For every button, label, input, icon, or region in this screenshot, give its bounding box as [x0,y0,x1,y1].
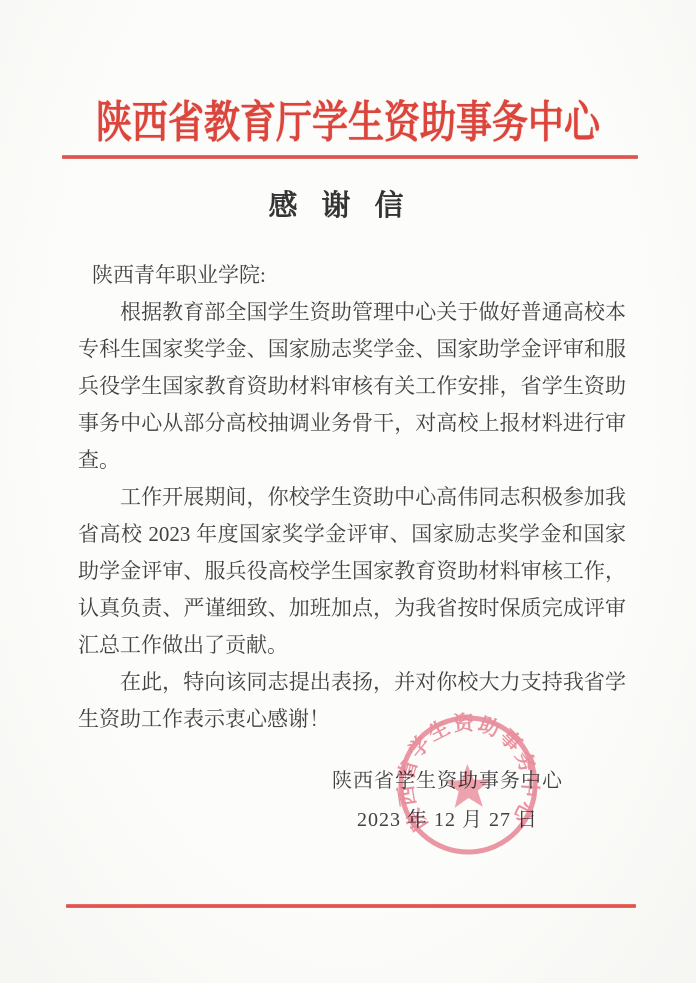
footer-rule [66,904,636,908]
seal-star-icon [444,763,491,808]
letterhead-title: 陕西省教育厅学生资助事务中心 [0,88,696,150]
paragraph-2: 工作开展期间，你校学生资助中心高伟同志积极参加我省高校 2023 年度国家奖学金… [78,479,626,664]
paragraph-1: 根据教育部全国学生资助管理中心关于做好普通高校本专科生国家奖学金、国家励志奖学金… [78,294,626,479]
official-seal: 陕西省学生资助事务中心 [390,707,545,862]
salutation: 陕西青年职业学院: [78,257,626,294]
letterhead-rule [62,155,638,159]
paragraph-3: 在此，特向该同志提出表扬，并对你校大力支持我省学生资助工作表示衷心感谢！ [78,664,626,738]
letter-body: 陕西青年职业学院: 根据教育部全国学生资助管理中心关于做好普通高校本专科生国家奖… [78,257,626,738]
scanned-letter-page: 陕西省教育厅学生资助事务中心 感谢信 陕西青年职业学院: 根据教育部全国学生资助… [0,0,696,983]
letter-title: 感谢信 [0,183,696,224]
